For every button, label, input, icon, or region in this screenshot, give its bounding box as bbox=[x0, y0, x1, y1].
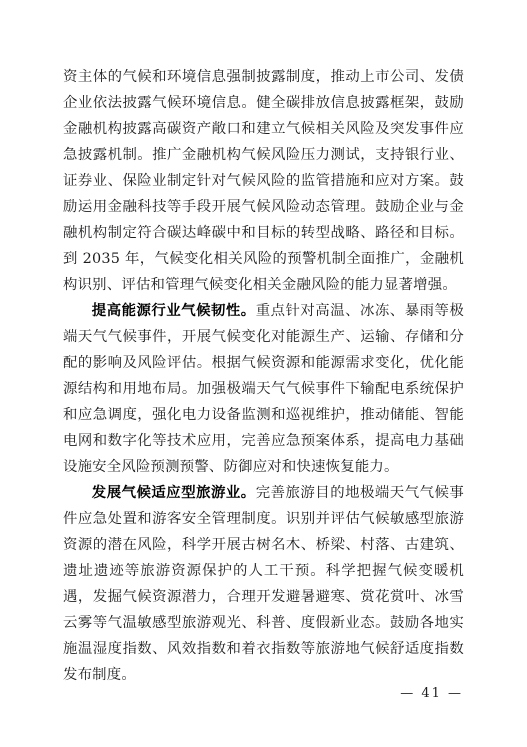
body-text: 资主体的气候和环境信息强制披露制度，推动上市公司、发债企业依法披露气候环境信息。… bbox=[63, 64, 464, 688]
document-page: 资主体的气候和环境信息强制披露制度，推动上市公司、发债企业依法披露气候环境信息。… bbox=[0, 0, 527, 747]
paragraph-text: 完善旅游目的地极端天气气候事件应急处置和游客安全管理制度。识别并评估气候敏感型旅… bbox=[63, 485, 464, 683]
paragraph-lead: 提高能源行业气候韧性。 bbox=[92, 302, 256, 319]
paragraph-text: 资主体的气候和环境信息强制披露制度，推动上市公司、发债企业依法披露气候环境信息。… bbox=[63, 69, 464, 293]
paragraph-lead: 发展气候适应型旅游业。 bbox=[92, 484, 256, 501]
page-number: — 41 — bbox=[400, 686, 463, 701]
paragraph: 资主体的气候和环境信息强制披露制度，推动上市公司、发债企业依法披露气候环境信息。… bbox=[63, 64, 464, 298]
paragraph-text: 重点针对高温、冰冻、暴雨等极端天气气候事件，开展气候变化对能源生产、运输、存储和… bbox=[63, 303, 464, 475]
paragraph: 提高能源行业气候韧性。重点针对高温、冰冻、暴雨等极端天气气候事件，开展气候变化对… bbox=[63, 298, 464, 480]
paragraph: 发展气候适应型旅游业。完善旅游目的地极端天气气候事件应急处置和游客安全管理制度。… bbox=[63, 480, 464, 688]
